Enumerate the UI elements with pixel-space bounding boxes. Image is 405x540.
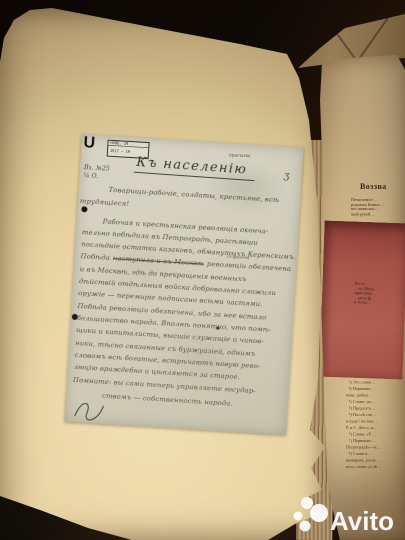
stamp-line: НОЯБ. 19 (108, 141, 149, 148)
footnotes-block: ¹) Это слово… ²) Первонач… чена: добыл… … (346, 380, 404, 471)
avito-logo-icon (294, 497, 329, 532)
red-insert-line: и тотал… (354, 301, 402, 307)
intro-line: щей рукой… (351, 212, 404, 217)
avito-wordmark: Avito (330, 506, 394, 536)
footnote-line: ато»; слово «Слѣ… (346, 464, 404, 470)
signature-flourish (72, 396, 114, 424)
page-heading: Воззва (360, 182, 387, 191)
red-insert-sheet: На ст… …хъ Моск… приглаша… …рена ф… и то… (319, 221, 405, 380)
ink-flourish: ʒ (283, 170, 289, 181)
handwritten-line: трудящіеся! (80, 197, 130, 208)
strike-post: революціи обезпечена (207, 260, 295, 273)
corner-mark: U (83, 134, 96, 153)
avito-watermark: Avito (290, 486, 405, 540)
intro-paragraph: Печатаемое… родныхъ Комис… ніе написано…… (351, 198, 404, 217)
document-title: Къ населенію (134, 155, 256, 181)
handwritten-line: ствомъ — собственность народа. (102, 392, 233, 408)
strike-pre: Побѣда (80, 252, 113, 262)
corner-note: присылка (229, 153, 251, 158)
struck-text: наступила и въ Москвѣ (113, 254, 208, 268)
punch-hole (81, 206, 87, 212)
handwritten-line: Товарищи-рабочіе, солдаты, крестьяне, вс… (108, 186, 279, 204)
book-photo: Воззва Печатаемое… родныхъ Комис… ніе на… (0, 0, 405, 540)
red-insert-text: На ст… …хъ Моск… приглаша… …рена ф… и то… (354, 282, 402, 307)
interline-insertion: съ фронта (227, 254, 250, 260)
document-facsimile: U НОЯБ. 19 1917 — 19 Вх. №25 ¼ О. присыл… (64, 134, 303, 435)
left-page: U НОЯБ. 19 1917 — 19 Вх. №25 ¼ О. присыл… (0, 0, 335, 540)
registry-note: Вх. №25 ¼ О. (83, 164, 110, 181)
